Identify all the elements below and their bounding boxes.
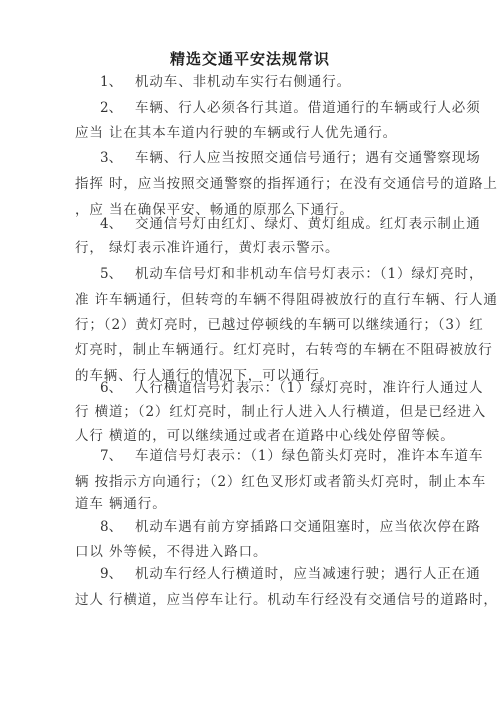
item-number: 1、 bbox=[100, 70, 122, 90]
item-text-line: 准 许车辆通行，但转弯的车辆不得阻碍被放行的直行车辆、行人通 bbox=[75, 288, 435, 308]
item-number: 9、 bbox=[100, 562, 122, 582]
item-text-line: 车辆、行人应当按照交通信号通行；遇有交通警察现场 bbox=[135, 146, 481, 166]
item-text-line: 车道信号灯表示：（1）绿色箭头灯亮时，准许本车道车 bbox=[135, 444, 483, 464]
item-text-line: 人行横道信号灯表示：（1）绿灯亮时，准许行人通过人 bbox=[135, 376, 483, 396]
item-number: 2、 bbox=[100, 96, 122, 116]
item-text-line: 口以 外等候，不得进入路口。 bbox=[75, 540, 435, 560]
document-title: 精选交通平安法规常识 bbox=[0, 48, 500, 69]
item-text-line: 辆 按指示方向通行；（2）红色叉形灯或者箭头灯亮时，制止本车 bbox=[75, 470, 435, 490]
item-text-line: 人行 横道的，可以继续通过或者在道路中心线处停留等候。 bbox=[75, 424, 435, 444]
item-text-line: 行， 绿灯表示准许通行，黄灯表示警示。 bbox=[75, 236, 435, 256]
item-text-line: 行 横道；（2）红灯亮时，制止行人进入人行横道，但是已经进入 bbox=[75, 400, 435, 420]
item-number: 4、 bbox=[100, 212, 122, 232]
item-text-line: 交通信号灯由红灯、绿灯、黄灯组成。红灯表示制止通 bbox=[135, 212, 481, 232]
item-text-line: 机动车遇有前方穿插路口交通阻塞时，应当依次停在路 bbox=[135, 515, 481, 535]
item-text-line: 道车 辆通行。 bbox=[75, 492, 435, 512]
item-text-line: 灯亮时，制止车辆通行。红灯亮时，右转弯的车辆在不阻碍被放行 bbox=[75, 338, 435, 358]
item-text-line: 机动车、非机动车实行右侧通行。 bbox=[135, 70, 351, 90]
item-text-line: 机动车行经人行横道时，应当减速行驶；遇行人正在通 bbox=[135, 562, 481, 582]
item-text-line: 指挥 时，应当按照交通警察的指挥通行；在没有交通信号的道路上 bbox=[75, 172, 435, 192]
item-number: 7、 bbox=[100, 444, 122, 464]
item-number: 6、 bbox=[100, 376, 122, 396]
item-number: 5、 bbox=[100, 262, 122, 282]
item-text-line: 应当 让在其本车道内行驶的车辆或行人优先通行。 bbox=[75, 121, 435, 141]
item-text-line: 过人 行横道，应当停车让行。机动车行经没有交通信号的道路时， bbox=[75, 588, 435, 608]
item-text-line: 行；（2）黄灯亮时，已越过停顿线的车辆可以继续通行；（3）红 bbox=[75, 313, 435, 333]
item-number: 3、 bbox=[100, 146, 122, 166]
item-text-line: 车辆、行人必须各行其道。借道通行的车辆或行人必须 bbox=[135, 96, 481, 116]
item-text-line: 机动车信号灯和非机动车信号灯表示：（1）绿灯亮时， bbox=[135, 262, 483, 282]
item-number: 8、 bbox=[100, 515, 122, 535]
